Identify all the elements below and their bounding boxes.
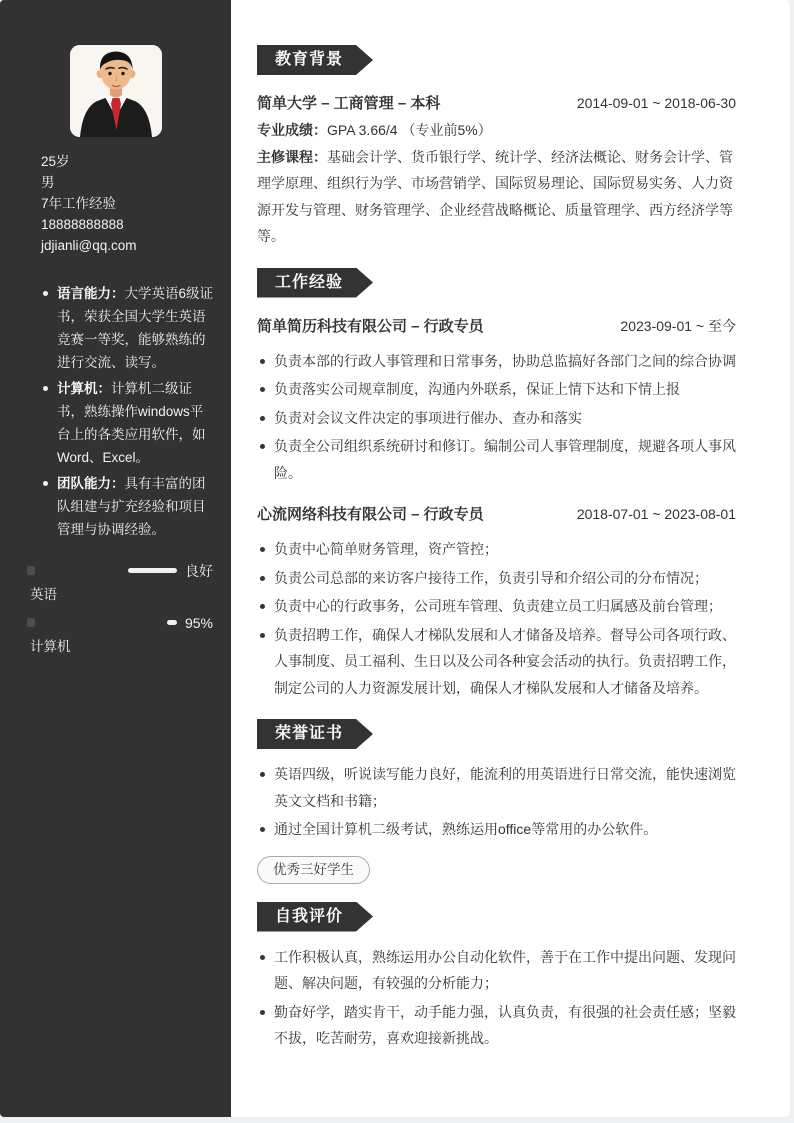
skill-bullet-icon bbox=[27, 566, 35, 575]
job-duty: 负责中心简单财务管理，资产管控； bbox=[257, 536, 736, 563]
section-self-evaluation: 自我评价 工作积极认真，熟练运用办公自动化软件，善于在工作中提出问题、发现问题、… bbox=[257, 902, 736, 1052]
job-title: 心流网络科技有限公司 – 行政专员 bbox=[257, 502, 484, 528]
skill-bar-computer: 95% 计算机 bbox=[0, 614, 231, 655]
job-date-range: 2018-07-01 ~ 2023-08-01 bbox=[577, 501, 736, 527]
honor-item: 英语四级，听说读写能力良好，能流利的用英语进行日常交流，能快速浏览英文文档和书籍… bbox=[257, 761, 736, 814]
self-evaluation-list: 工作积极认真，熟练运用办公自动化软件，善于在工作中提出问题、发现问题、解决问题，… bbox=[257, 944, 736, 1052]
computer-level-bar bbox=[167, 620, 177, 625]
gpa-line: 专业成绩：GPA 3.66/4 （专业前5%） bbox=[257, 117, 736, 144]
job-date-range: 2023-09-01 ~ 至今 bbox=[620, 313, 736, 339]
resume-page: 25岁 男 7年工作经验 18888888888 jdjianli@qq.com… bbox=[0, 0, 790, 1117]
work-heading-badge: 工作经验 bbox=[257, 268, 373, 298]
honors-list: 英语四级，听说读写能力良好，能流利的用英语进行日常交流，能快速浏览英文文档和书籍… bbox=[257, 761, 736, 843]
self-evaluation-heading-badge: 自我评价 bbox=[257, 902, 373, 932]
self-evaluation-item: 工作积极认真，熟练运用办公自动化软件，善于在工作中提出问题、发现问题、解决问题，… bbox=[257, 944, 736, 997]
sidebar: 25岁 男 7年工作经验 18888888888 jdjianli@qq.com… bbox=[0, 0, 231, 1117]
skill-item-language: 语言能力：大学英语6级证书，荣获全国大学生英语竞赛一等奖，能够熟练的进行交流、读… bbox=[0, 282, 215, 374]
english-skill-name: 英语 bbox=[30, 583, 231, 603]
honor-item: 通过全国计算机二级考试，熟练运用office等常用的办公软件。 bbox=[257, 816, 736, 843]
job-duty: 负责全公司组织系统研讨和修订。编制公司人事管理制度，规避各项人事风险。 bbox=[257, 433, 736, 486]
gpa-label: 专业成绩： bbox=[257, 122, 327, 138]
english-level-bar bbox=[128, 568, 177, 573]
section-honors: 荣誉证书 英语四级，听说读写能力良好，能流利的用英语进行日常交流，能快速浏览英文… bbox=[257, 719, 736, 884]
phone-text: 18888888888 bbox=[41, 214, 231, 235]
skill-label: 团队能力： bbox=[57, 476, 125, 491]
age-text: 25岁 bbox=[41, 151, 231, 172]
avatar-illustration bbox=[70, 45, 162, 137]
job-entry: 简单简历科技有限公司 – 行政专员 2023-09-01 ~ 至今 负责本部的行… bbox=[257, 313, 736, 487]
gpa-value: GPA 3.66/4 （专业前5%） bbox=[327, 122, 492, 138]
skill-item-computer: 计算机：计算机二级证书，熟练操作windows平台上的各类应用软件，如Word、… bbox=[0, 377, 215, 469]
skill-bars: 良好 英语 95% 计算机 bbox=[0, 562, 231, 655]
skill-label: 语言能力： bbox=[57, 286, 125, 301]
job-duty: 负责落实公司规章制度，沟通内外联系，保证上情下达和下情上报 bbox=[257, 376, 736, 403]
education-date-range: 2014-09-01 ~ 2018-06-30 bbox=[577, 90, 736, 116]
job-duty-list: 负责中心简单财务管理，资产管控； 负责公司总部的来访客户接待工作，负责引导和介绍… bbox=[257, 536, 736, 701]
section-work-experience: 工作经验 简单简历科技有限公司 – 行政专员 2023-09-01 ~ 至今 负… bbox=[257, 268, 736, 702]
honor-tag: 优秀三好学生 bbox=[257, 856, 370, 884]
skill-item-teamwork: 团队能力：具有丰富的团队组建与扩充经验和项目管理与协调经验。 bbox=[0, 472, 215, 541]
sidebar-skill-list: 语言能力：大学英语6级证书，荣获全国大学生英语竞赛一等奖，能够熟练的进行交流、读… bbox=[0, 282, 215, 541]
job-title: 简单简历科技有限公司 – 行政专员 bbox=[257, 314, 484, 340]
skill-label: 计算机： bbox=[57, 381, 111, 396]
self-evaluation-item: 勤奋好学，踏实肯干，动手能力强，认真负责，有很强的社会责任感；坚毅不拔，吃苦耐劳… bbox=[257, 999, 736, 1052]
computer-skill-name: 计算机 bbox=[30, 635, 231, 655]
job-duty: 负责中心的行政事务，公司班车管理、负责建立员工归属感及前台管理； bbox=[257, 593, 736, 620]
email-text: jdjianli@qq.com bbox=[41, 235, 231, 256]
job-duty: 负责公司总部的来访客户接待工作，负责引导和介绍公司的分布情况； bbox=[257, 565, 736, 592]
skill-bar-english: 良好 英语 bbox=[0, 562, 231, 603]
job-duty: 负责招聘工作，确保人才梯队发展和人才储备及培养。督导公司各项行政、人事制度、员工… bbox=[257, 622, 736, 702]
job-duty: 负责本部的行政人事管理和日常事务，协助总监搞好各部门之间的综合协调 bbox=[257, 348, 736, 375]
courses-line: 主修课程：基础会计学、货币银行学、统计学、经济法概论、财务会计学、管理学原理、组… bbox=[257, 144, 736, 250]
courses-value: 基础会计学、货币银行学、统计学、经济法概论、财务会计学、管理学原理、组织行为学、… bbox=[257, 149, 733, 245]
job-entry: 心流网络科技有限公司 – 行政专员 2018-07-01 ~ 2023-08-0… bbox=[257, 501, 736, 701]
personal-info-list: 25岁 男 7年工作经验 18888888888 jdjianli@qq.com bbox=[0, 151, 231, 256]
skill-bullet-icon bbox=[27, 618, 35, 627]
section-education: 教育背景 简单大学 – 工商管理 – 本科 2014-09-01 ~ 2018-… bbox=[257, 45, 736, 250]
experience-text: 7年工作经验 bbox=[41, 193, 231, 214]
education-heading-badge: 教育背景 bbox=[257, 45, 373, 75]
job-duty-list: 负责本部的行政人事管理和日常事务，协助总监搞好各部门之间的综合协调 负责落实公司… bbox=[257, 348, 736, 487]
profile-photo bbox=[70, 45, 162, 137]
english-level-label: 良好 bbox=[185, 561, 213, 581]
honors-heading-badge: 荣誉证书 bbox=[257, 719, 373, 749]
resume-main: 教育背景 简单大学 – 工商管理 – 本科 2014-09-01 ~ 2018-… bbox=[231, 0, 790, 1117]
job-duty: 负责对会议文件决定的事项进行催办、查办和落实 bbox=[257, 405, 736, 432]
gender-text: 男 bbox=[41, 172, 231, 193]
computer-level-label: 95% bbox=[185, 615, 213, 631]
school-degree-title: 简单大学 – 工商管理 – 本科 bbox=[257, 91, 440, 117]
courses-label: 主修课程： bbox=[257, 149, 327, 165]
